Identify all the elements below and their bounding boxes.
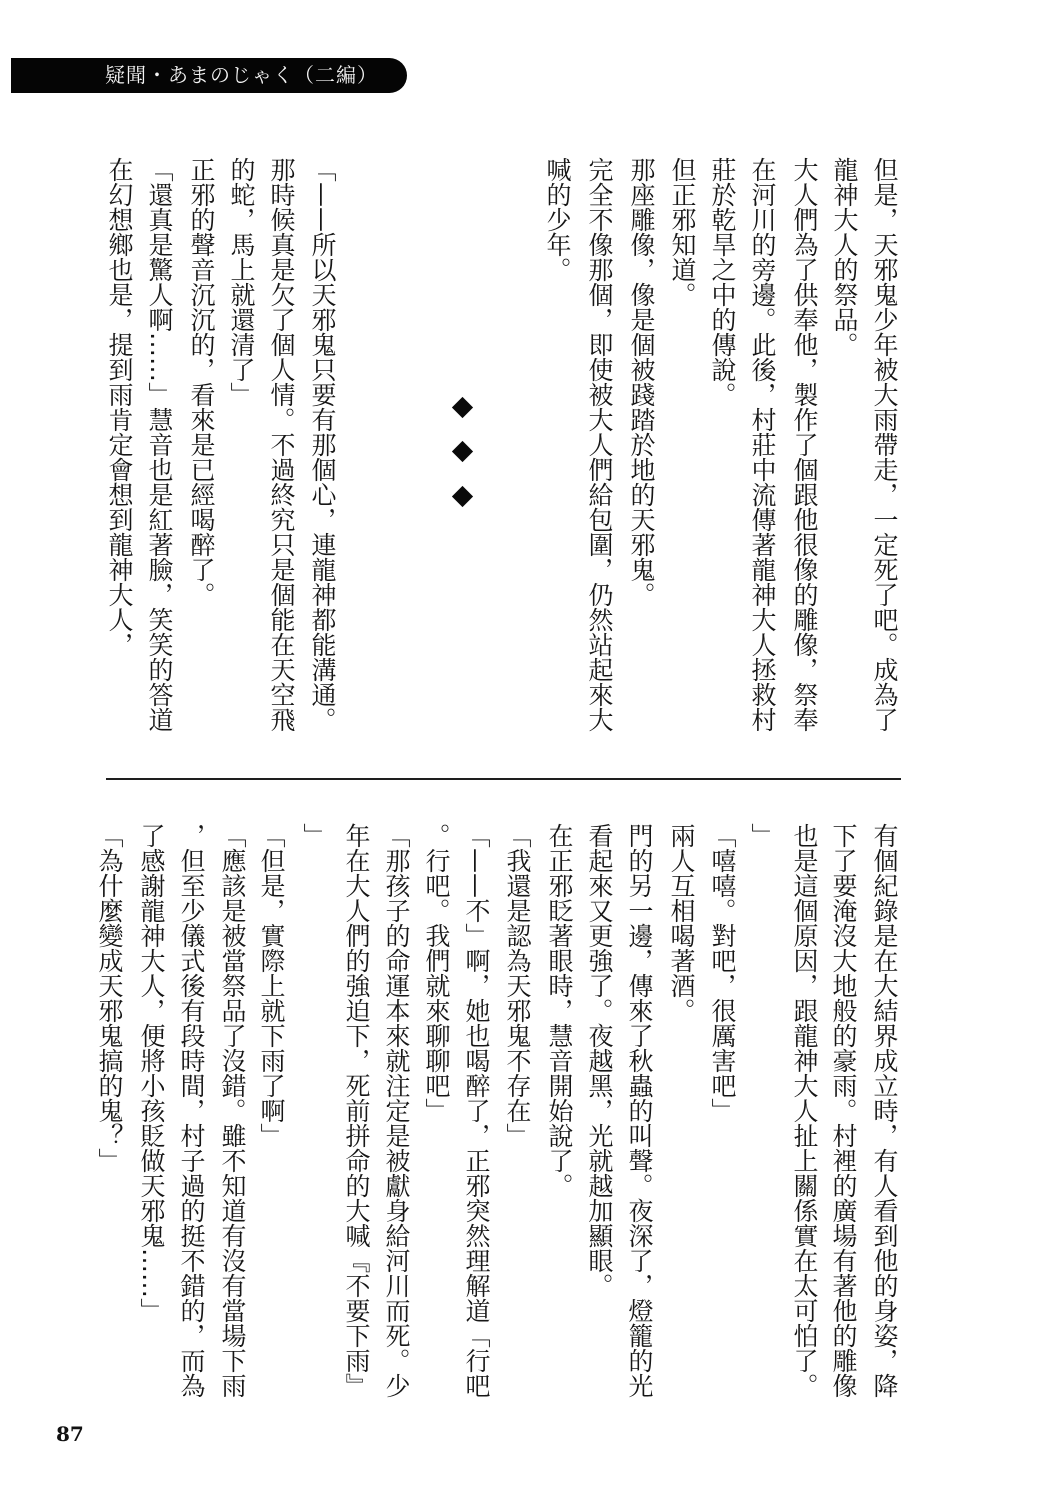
text-column: 「但是，實際上就下雨了啊」 xyxy=(259,823,284,1148)
text-column: 「——不」啊，她也喝醉了，正邪突然理解道「行吧 xyxy=(464,823,489,1398)
text-column: 「——所以天邪鬼只要有那個心，連龍神都能溝通。 xyxy=(310,157,335,732)
text-column: 了感謝龍神大人，便將小孩貶做天邪鬼……」 xyxy=(139,823,164,1323)
chapter-title: 疑聞・あまのじゃく（二編） xyxy=(105,58,378,93)
text-column: 但是，天邪鬼少年被大雨帶走，一定死了吧。成為了 xyxy=(872,157,897,732)
diamond-icon xyxy=(452,397,473,418)
page-number: 87 xyxy=(56,1422,84,1446)
text-column: 也是這個原因，跟龍神大人扯上關係實在太可怕了。 xyxy=(792,823,817,1398)
text-column: 在正邪眨著眼時，慧音開始說了。 xyxy=(547,823,572,1198)
running-header-bar: 疑聞・あまのじゃく（二編） xyxy=(11,58,407,93)
text-column: 年在大人們的強迫下，死前拼命的大喊『不要下雨』 xyxy=(344,823,369,1398)
text-column: 兩人互相喝著酒。 xyxy=(669,823,694,1023)
text-column: 那座雕像，像是個被踐踏於地的天邪鬼。 xyxy=(629,157,654,607)
tier-divider-rule xyxy=(106,778,901,780)
text-column: 正邪的聲音沉沉的，看來是已經喝醉了。 xyxy=(189,157,214,607)
text-column: 「我還是認為天邪鬼不存在」 xyxy=(505,823,530,1148)
text-column: 的蛇，馬上就還清了」 xyxy=(229,157,254,407)
text-column: 喊的少年。 xyxy=(545,157,570,282)
text-column: 「還真是驚人啊……」慧音也是紅著臉，笑笑的答道 xyxy=(147,157,172,732)
text-column: 」 xyxy=(302,823,327,848)
text-column: 「應該是被當祭品了沒錯。雖不知道有沒有當場下雨 xyxy=(220,823,245,1398)
text-column: 大人們為了供奉他，製作了個跟他很像的雕像，祭奉 xyxy=(792,157,817,732)
text-column: 莊於乾旱之中的傳說。 xyxy=(710,157,735,407)
text-column: 完全不像那個，即使被大人們給包圍，仍然站起來大 xyxy=(587,157,612,732)
diamond-icon xyxy=(452,441,473,462)
text-column: 」 xyxy=(750,823,775,848)
text-column: 下了要淹沒大地般的豪雨。村裡的廣場有著他的雕像 xyxy=(831,823,856,1398)
text-column: 有個紀錄是在大結界成立時，有人看到他的身姿，降 xyxy=(872,823,897,1398)
text-column: 但正邪知道。 xyxy=(670,157,695,307)
text-column: 看起來又更強了。夜越黑，光就越加顯眼。 xyxy=(587,823,612,1298)
text-column: 那時候真是欠了個人情。不過終究只是個能在天空飛 xyxy=(269,157,294,732)
text-column: 門的另一邊，傳來了秋蟲的叫聲。夜深了，燈籠的光 xyxy=(627,823,652,1398)
text-column: 「那孩子的命運本來就注定是被獻身給河川而死。少 xyxy=(384,823,409,1398)
text-column: 在河川的旁邊。此後，村莊中流傳著龍神大人拯救村 xyxy=(750,157,775,732)
text-column: ，但至少儀式後有段時間，村子過的挺不錯的，而為 xyxy=(179,823,204,1398)
text-column: 「嘻嘻。對吧，很厲害吧」 xyxy=(710,823,735,1123)
text-column: 。行吧。我們就來聊聊吧」 xyxy=(424,823,449,1123)
text-column: 在幻想鄉也是，提到雨肯定會想到龍神大人， xyxy=(107,157,132,657)
text-column: 龍神大人的祭品。 xyxy=(832,157,857,357)
diamond-icon xyxy=(452,486,473,507)
text-column: 「為什麼變成天邪鬼搞的鬼？」 xyxy=(97,823,122,1173)
